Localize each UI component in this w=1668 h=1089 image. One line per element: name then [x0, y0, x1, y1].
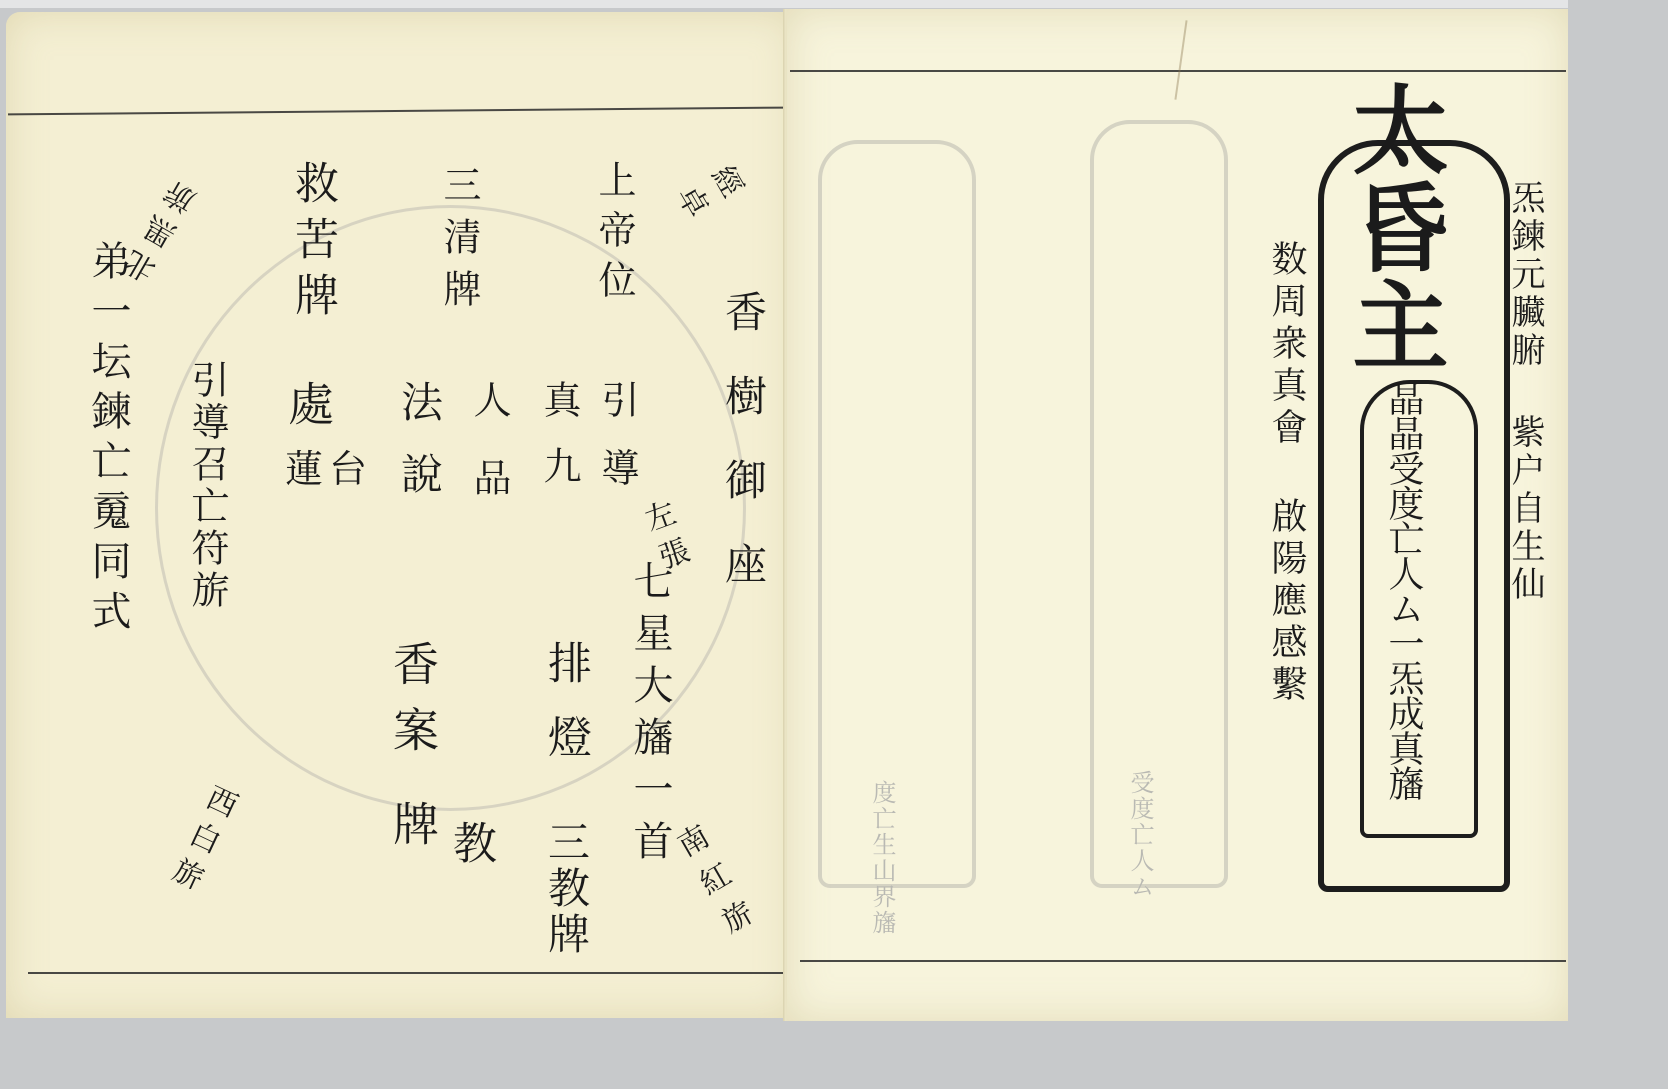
altar-col-sanjiao-pai: 三教牌 [545, 820, 587, 958]
altar-col-diyitan: 弟一坛鍊亡䰟同式 [88, 240, 128, 640]
altar-col-xiangshu: 香樹御座 [722, 290, 764, 626]
altar-col-pai: 牌 [390, 800, 436, 854]
altar-col-yindao-1: 引導 [598, 380, 636, 516]
altar-col-jiuku: 救苦牌 [290, 160, 334, 328]
talisman-inner-text: 晶晶受度亡人ム一炁成真旛 [1385, 380, 1421, 800]
altar-col-renpin: 人品 [470, 380, 508, 536]
altar-col-paideng: 排燈 [543, 640, 587, 788]
altar-col-chu: 處 [285, 380, 331, 434]
altar-col-jiao: 教 [448, 820, 492, 872]
talisman-seal-glyphs: 太昏主 [1345, 80, 1441, 374]
ghost-talisman-a-text: 度亡生山界旛 [870, 780, 894, 936]
ghost-talisman-a [818, 140, 976, 888]
side-column-right-edge: 炁鍊元臟腑 紫户自生仙 [1508, 180, 1542, 604]
scanner-top-edge [0, 0, 1568, 8]
altar-col-zhenjiu: 真九 [540, 380, 578, 512]
side-column-left-of-seal: 数周衆真會 啟陽應感繫 [1268, 240, 1304, 707]
ghost-talisman-b [1090, 120, 1228, 888]
left-bottom-rule [28, 972, 786, 974]
altar-col-shangdi: 上帝位 [595, 160, 633, 310]
altar-col-xiangan: 香案 [390, 640, 436, 772]
altar-col-qixing: 七星大旛一首 [630, 560, 670, 872]
ghost-talisman-b-text: 受度亡人ム [1128, 770, 1152, 900]
altar-col-liantai: 蓮台 [285, 450, 373, 488]
altar-col-fashuo: 法說 [398, 380, 440, 524]
right-bottom-rule [800, 960, 1566, 962]
altar-col-yindao-2: 引導召亡符旂 [188, 360, 226, 612]
altar-col-sanqing: 三清牌 [440, 165, 478, 321]
